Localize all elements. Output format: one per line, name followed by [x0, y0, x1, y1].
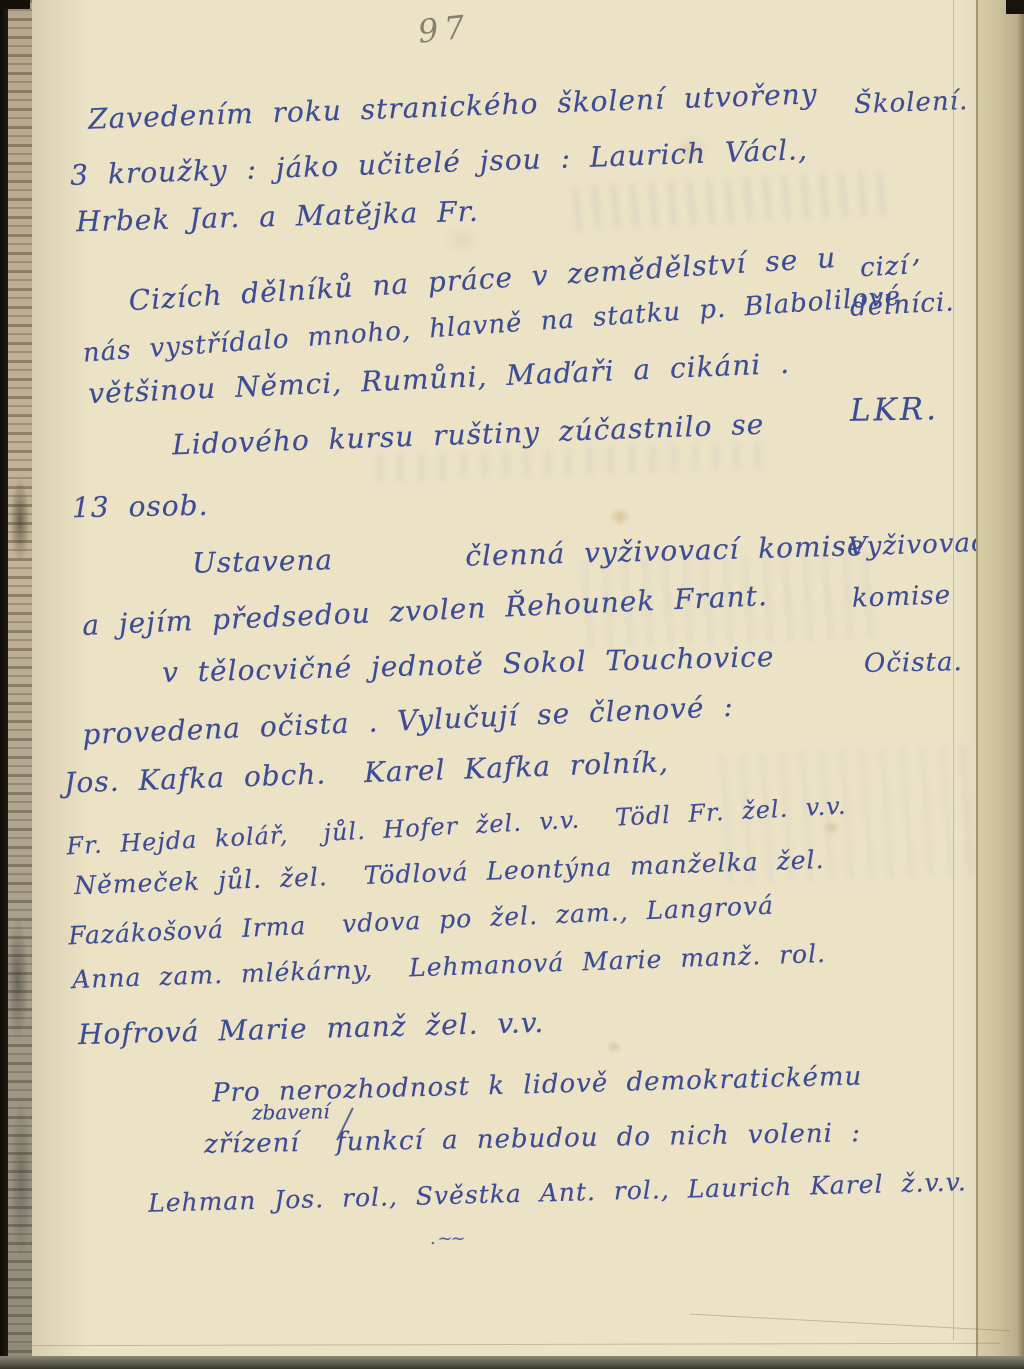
page-edge-right [976, 0, 1024, 1358]
page-number: 97 [416, 7, 472, 50]
margin-note: LKR. [850, 391, 940, 429]
margin-note: Vyživovací [848, 527, 997, 562]
handwritten-line: Jos. Kafka obch. Karel Kafka rolník, [64, 745, 670, 799]
book-bottom-edge [0, 1356, 1024, 1369]
page-binding-edge [8, 0, 32, 1369]
handwritten-line: Anna zam. mlékárny, Lehmanová Marie manž… [72, 939, 827, 994]
handwritten-line: Fazákošová Irma vdova po žel. zam., Lang… [68, 891, 775, 951]
handwritten-line: Lidového kursu ruštiny zúčastnilo se [172, 408, 765, 462]
handwritten-line: Zavedením roku stranického školení utvoř… [88, 77, 818, 135]
handwritten-line: a jejím předsedou zvolen Řehounek Frant. [82, 579, 769, 642]
margin-note: komise [852, 580, 952, 613]
handwritten-line: Ustavena členná vyživovací komise [192, 529, 865, 580]
margin-note: cizí [859, 251, 909, 284]
scanned-chronicle-page: 97 Zavedením roku stranického školení ut… [0, 0, 1024, 1369]
handwritten-line: 3 kroužky : jáko učitelé jsou : Laurich … [70, 133, 809, 192]
page-crease [953, 0, 954, 1340]
dark-corner [0, 0, 30, 9]
handwritten-line: provedena očista . Vylučují se členové : [82, 690, 735, 751]
book-spine-edge [0, 0, 8, 1369]
margin-note: Školení. [854, 86, 969, 120]
handwritten-line: Hrbek Jar. a Matějka Fr. [76, 195, 480, 239]
handwritten-line: zřízení funkcí a nebudou do nich voleni … [204, 1118, 861, 1159]
margin-note: Očista. [864, 647, 963, 679]
dark-corner [1006, 0, 1024, 14]
paper: 97 Zavedením roku stranického školení ut… [32, 0, 1008, 1358]
ink-bleed-through [561, 169, 893, 232]
handwritten-line: 13 osob. [72, 489, 209, 524]
handwritten-line: v tělocvičné jednotě Sokol Touchovice [162, 640, 775, 689]
margin-note: dělníci. [849, 287, 955, 322]
inserted-correction-word: zbavení [252, 1099, 330, 1124]
handwritten-line: Hofrová Marie manž žel. v.v. [78, 1006, 545, 1051]
end-squiggle-mark: . ~~ [430, 1228, 464, 1249]
page-crease [976, 0, 978, 1358]
handwritten-line: Lehman Jos. rol., Svěstka Ant. rol., Lau… [148, 1167, 967, 1217]
